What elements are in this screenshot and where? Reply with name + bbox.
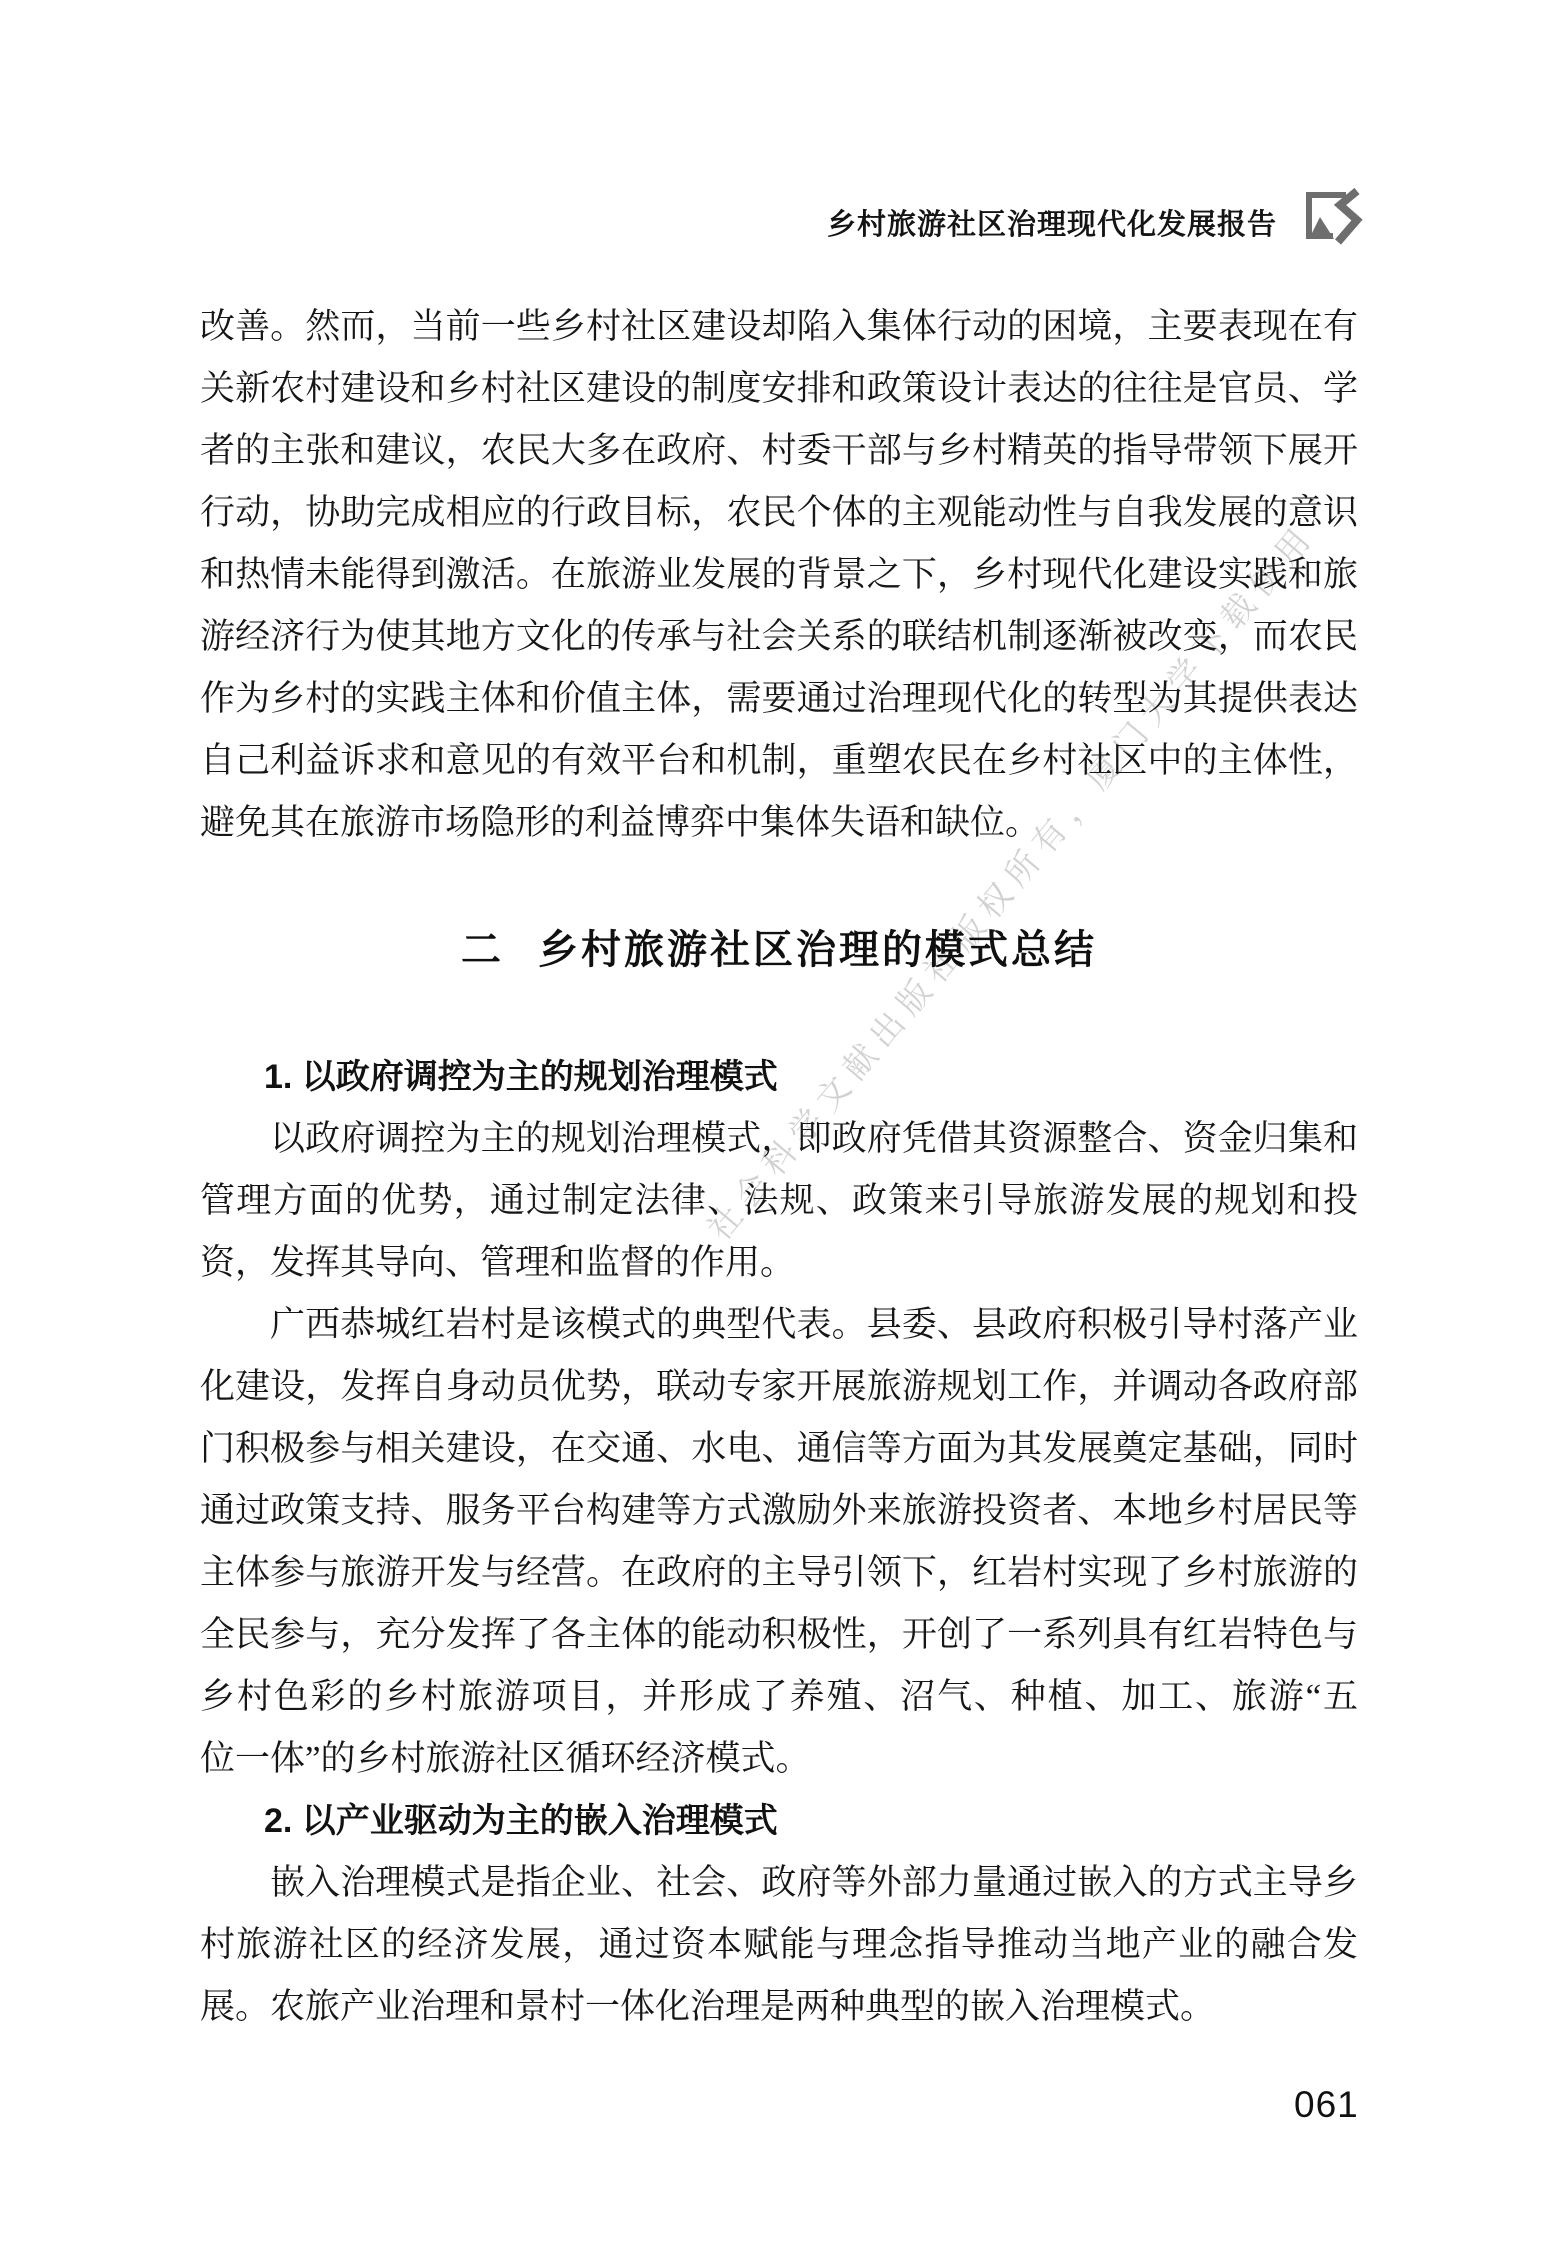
text-line: 避免其在旅游市场隐形的利益博弈中集体失语和缺位。 [200,792,1358,854]
section-number: 二 [461,927,504,972]
text-line: 游经济行为使其地方文化的传承与社会关系的联结机制逐渐被改变，而农民 [200,606,1358,668]
text-line: 和热情未能得到激活。在旅游业发展的背景之下，乡村现代化建设实践和旅 [200,544,1358,606]
text-line: 以政府调控为主的规划治理模式，即政府凭借其资源整合、资金归集和 [200,1108,1358,1170]
page-number: 061 [1294,2084,1359,2126]
subsection-heading-2: 2. 以产业驱动为主的嵌入治理模式 [200,1790,1358,1852]
text-block: 改善。然而，当前一些乡村社区建设却陷入集体行动的困境，主要表现在有 关新农村建设… [200,296,1358,2038]
text-line: 村旅游社区的经济发展，通过资本赋能与理念指导推动当地产业的融合发 [200,1914,1358,1976]
text-line: 广西恭城红岩村是该模式的典型代表。县委、县政府积极引导村落产业 [200,1294,1358,1356]
text-line: 位一体”的乡村旅游社区循环经济模式。 [200,1728,1358,1790]
running-head-title: 乡村旅游社区治理现代化发展报告 [827,202,1277,243]
page-header: 乡村旅游社区治理现代化发展报告 [200,190,1365,254]
text-line: 乡村色彩的乡村旅游项目，并形成了养殖、沼气、种植、加工、旅游“五 [200,1666,1358,1728]
text-line: 管理方面的优势，通过制定法律、法规、政策来引导旅游发展的规划和投 [200,1170,1358,1232]
section-heading: 二乡村旅游社区治理的模式总结 [200,919,1358,981]
text-line: 嵌入治理模式是指企业、社会、政府等外部力量通过嵌入的方式主导乡 [200,1852,1358,1914]
text-line: 自己利益诉求和意见的有效平台和机制，重塑农民在乡村社区中的主体性， [200,730,1358,792]
text-line: 改善。然而，当前一些乡村社区建设却陷入集体行动的困境，主要表现在有 [200,296,1358,358]
text-line: 通过政策支持、服务平台构建等方式激励外来旅游投资者、本地乡村居民等 [200,1480,1358,1542]
text-line: 全民参与，充分发挥了各主体的能动积极性，开创了一系列具有红岩特色与 [200,1604,1358,1666]
text-line: 关新农村建设和乡村社区建设的制度安排和政策设计表达的往往是官员、学 [200,358,1358,420]
section-title: 乡村旅游社区治理的模式总结 [538,927,1097,972]
pishu-arrow-logo-icon [1303,188,1365,251]
subsection-heading-1: 1. 以政府调控为主的规划治理模式 [200,1046,1358,1108]
document-page: 乡村旅游社区治理现代化发展报告 社会科学文献出版社版权所有，厦门大学下载使用 改… [0,0,1555,2244]
text-line: 者的主张和建议，农民大多在政府、村委干部与乡村精英的指导带领下展开 [200,420,1358,482]
text-line: 资，发挥其导向、管理和监督的作用。 [200,1232,1358,1294]
text-line: 化建设，发挥自身动员优势，联动专家开展旅游规划工作，并调动各政府部 [200,1356,1358,1418]
text-line: 展。农旅产业治理和景村一体化治理是两种典型的嵌入治理模式。 [200,1976,1358,2038]
text-line: 门积极参与相关建设，在交通、水电、通信等方面为其发展奠定基础，同时 [200,1418,1358,1480]
text-line: 作为乡村的实践主体和价值主体，需要通过治理现代化的转型为其提供表达 [200,668,1358,730]
text-line: 主体参与旅游开发与经营。在政府的主导引领下，红岩村实现了乡村旅游的 [200,1542,1358,1604]
text-line: 行动，协助完成相应的行政目标，农民个体的主观能动性与自我发展的意识 [200,482,1358,544]
